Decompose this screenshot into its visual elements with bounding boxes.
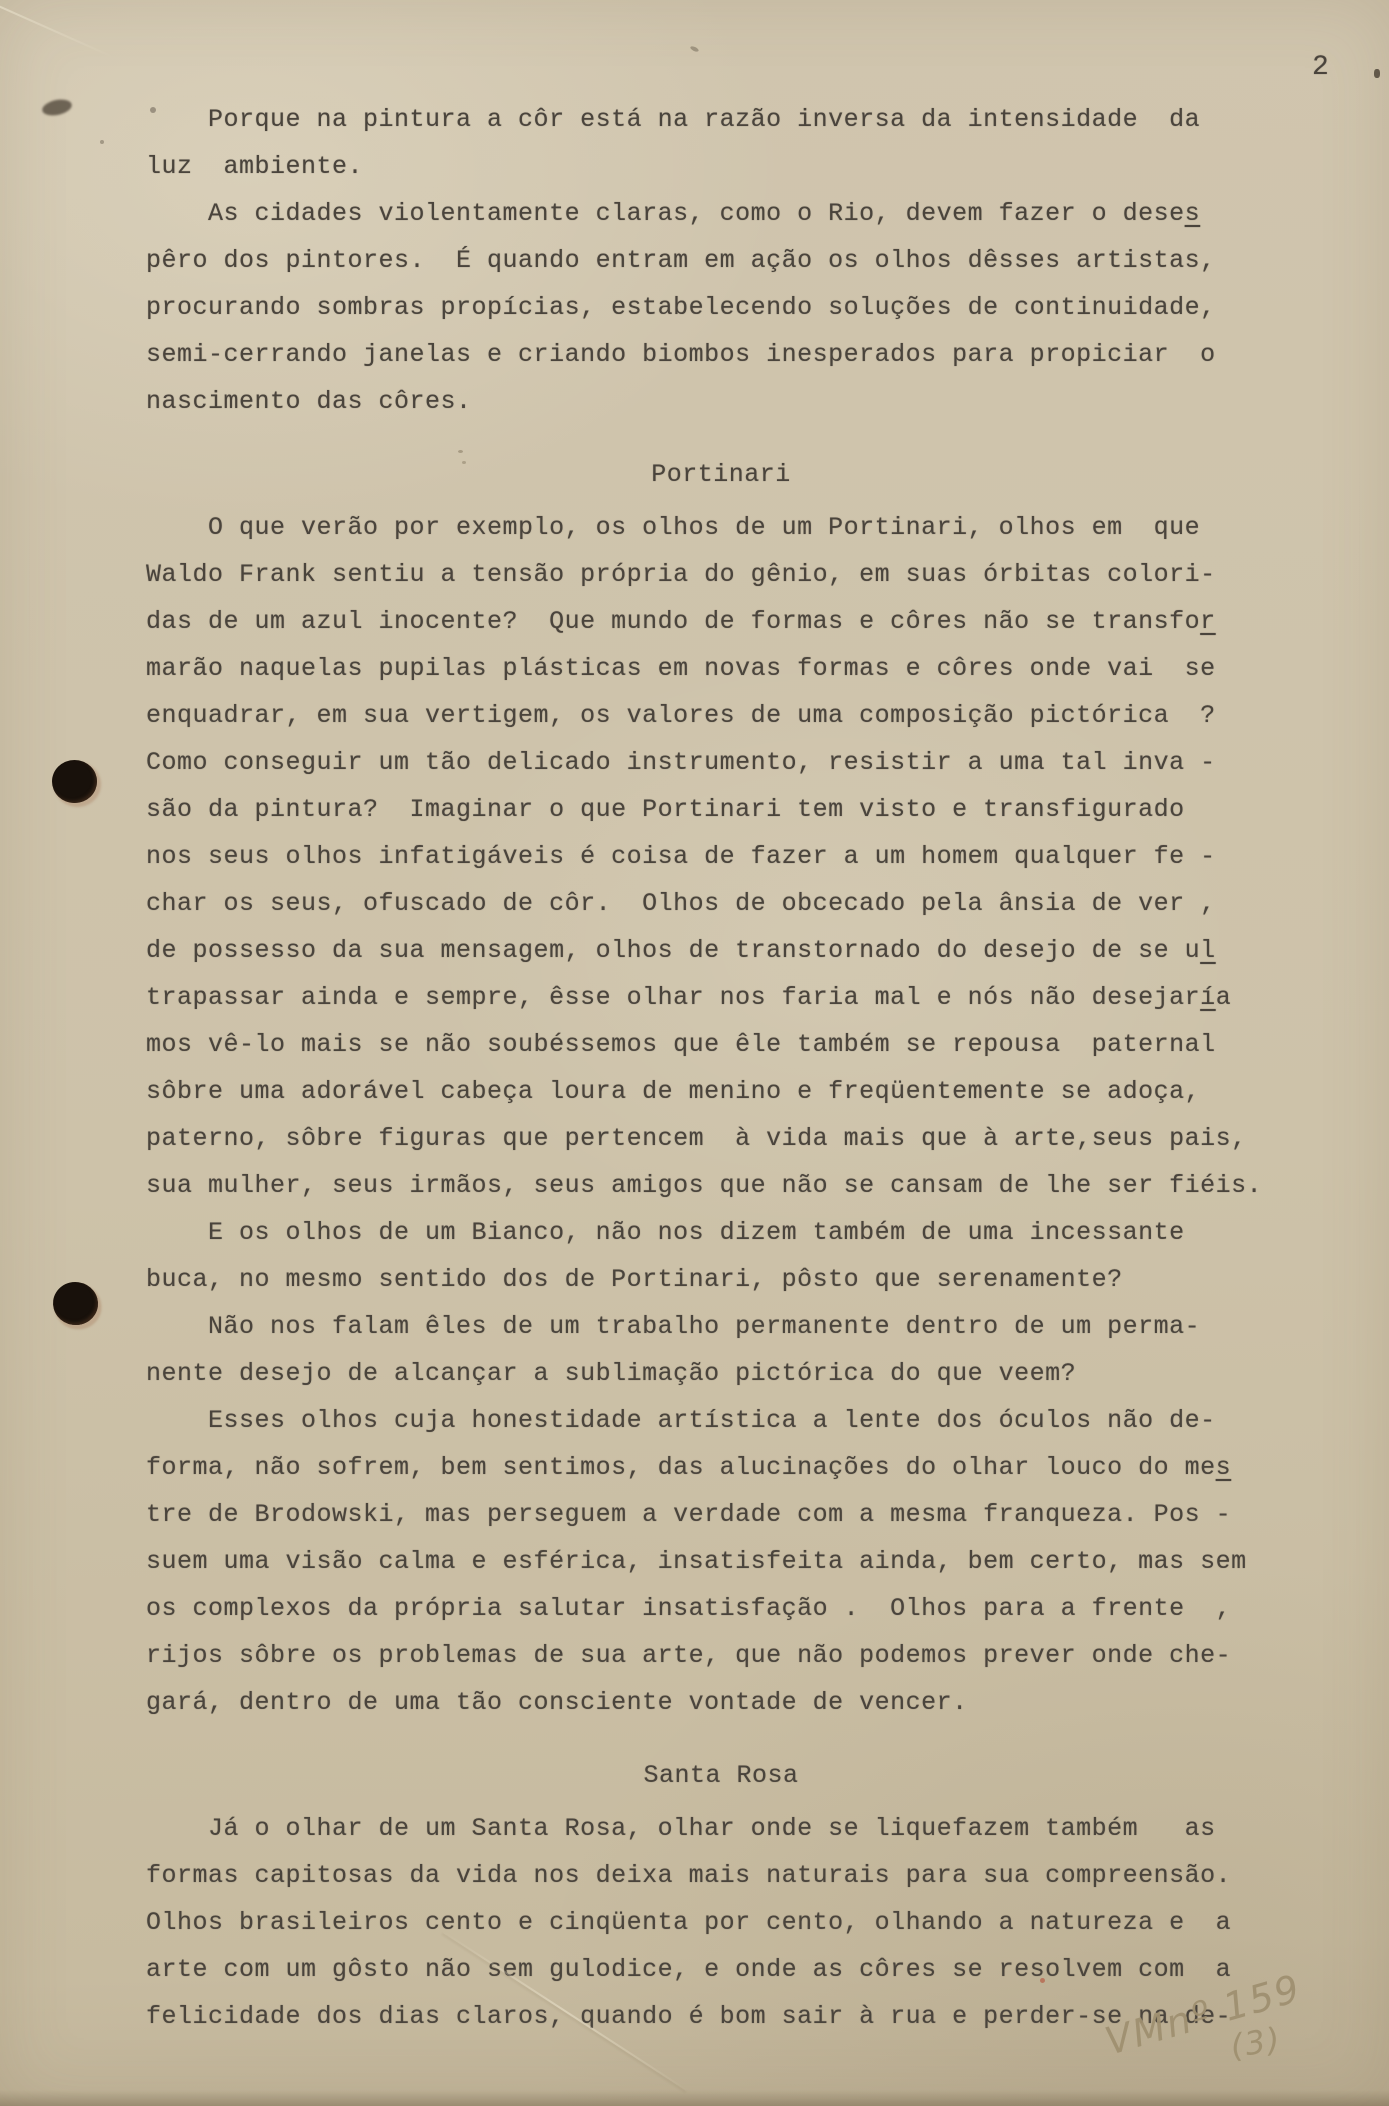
typewritten-line: char os seus, ofuscado de côr. Olhos de … <box>146 880 1296 927</box>
hyphenation-underline: r <box>1200 607 1216 636</box>
page-number: 2 <box>1312 52 1329 83</box>
typewritten-line: mos vê-lo mais se não soubéssemos que êl… <box>146 1021 1296 1068</box>
typewritten-line: pêro dos pintores. É quando entram em aç… <box>146 237 1296 284</box>
typewritten-line: trapassar ainda e sempre, êsse olhar nos… <box>146 974 1296 1021</box>
section-heading: Portinari <box>146 451 1296 498</box>
typewritten-line: semi-cerrando janelas e criando biombos … <box>146 331 1296 378</box>
typewritten-line: arte com um gôsto não sem gulodice, e on… <box>146 1946 1296 1993</box>
typewritten-line: forma, não sofrem, bem sentimos, das alu… <box>146 1444 1296 1491</box>
typewritten-line: sua mulher, seus irmãos, seus amigos que… <box>146 1162 1296 1209</box>
typewritten-line: nascimento das côres. <box>146 378 1296 425</box>
typewritten-line: sôbre uma adorável cabeça loura de menin… <box>146 1068 1296 1115</box>
hole-punch-bottom <box>50 1279 101 1328</box>
typewritten-line: marão naquelas pupilas plásticas em nova… <box>146 645 1296 692</box>
ink-smudge <box>41 97 73 118</box>
typewritten-line: procurando sombras propícias, estabelece… <box>146 284 1296 331</box>
hyphenation-underline: í <box>1200 983 1216 1012</box>
section-heading: Santa Rosa <box>146 1752 1296 1799</box>
typewritten-line: das de um azul inocente? Que mundo de fo… <box>146 598 1296 645</box>
document-page: 2 Porque na pintura a côr está na razão … <box>0 0 1389 2106</box>
paper-crease <box>0 0 114 58</box>
typewritten-line: Como conseguir um tão delicado instrumen… <box>146 739 1296 786</box>
typewritten-line: luz ambiente. <box>146 143 1296 190</box>
typewritten-line: Porque na pintura a côr está na razão in… <box>146 96 1296 143</box>
typewritten-line: nos seus olhos infatigáveis é coisa de f… <box>146 833 1296 880</box>
paper-speck <box>1040 1978 1045 1983</box>
typewritten-line: são da pintura? Imaginar o que Portinari… <box>146 786 1296 833</box>
typewritten-line: Waldo Frank sentiu a tensão própria do g… <box>146 551 1296 598</box>
typewritten-line: de possesso da sua mensagem, olhos de tr… <box>146 927 1296 974</box>
hyphenation-underline: s <box>1216 1453 1232 1482</box>
typewritten-line: Olhos brasileiros cento e cinqüenta por … <box>146 1899 1296 1946</box>
typewritten-line: suem uma visão calma e esférica, insatis… <box>146 1538 1296 1585</box>
typewritten-line: rijos sôbre os problemas de sua arte, qu… <box>146 1632 1296 1679</box>
typewritten-line: O que verão por exemplo, os olhos de um … <box>146 504 1296 551</box>
typewritten-line: buca, no mesmo sentido dos de Portinari,… <box>146 1256 1296 1303</box>
paper-speck <box>100 140 104 144</box>
typewritten-line: Esses olhos cuja honestidade artística a… <box>146 1397 1296 1444</box>
typewritten-line: paterno, sôbre figuras que pertencem à v… <box>146 1115 1296 1162</box>
hyphenation-underline: l <box>1200 936 1216 965</box>
typewritten-line: nente desejo de alcançar a sublimação pi… <box>146 1350 1296 1397</box>
paper-speck <box>1374 69 1380 78</box>
typewritten-text: Porque na pintura a côr está na razão in… <box>146 96 1296 2040</box>
paper-speck <box>690 45 700 52</box>
pencil-mark <box>462 461 466 464</box>
typewritten-line: enquadrar, em sua vertigem, os valores d… <box>146 692 1296 739</box>
typewritten-line: As cidades violentamente claras, como o … <box>146 190 1296 237</box>
typewritten-line: Já o olhar de um Santa Rosa, olhar onde … <box>146 1805 1296 1852</box>
hyphenation-underline: s <box>1185 199 1201 228</box>
hole-punch-top <box>52 760 97 803</box>
pencil-mark <box>458 450 463 453</box>
paper-speck <box>150 107 156 113</box>
typewritten-line: tre de Brodowski, mas perseguem a verdad… <box>146 1491 1296 1538</box>
typewritten-line: gará, dentro de uma tão consciente vonta… <box>146 1679 1296 1726</box>
typewritten-line: os complexos da própria salutar insatisf… <box>146 1585 1296 1632</box>
typewritten-line: E os olhos de um Bianco, não nos dizem t… <box>146 1209 1296 1256</box>
typewritten-line: formas capitosas da vida nos deixa mais … <box>146 1852 1296 1899</box>
typewritten-line: Não nos falam êles de um trabalho perman… <box>146 1303 1296 1350</box>
paper-bottom-edge-shadow <box>0 2090 1389 2106</box>
